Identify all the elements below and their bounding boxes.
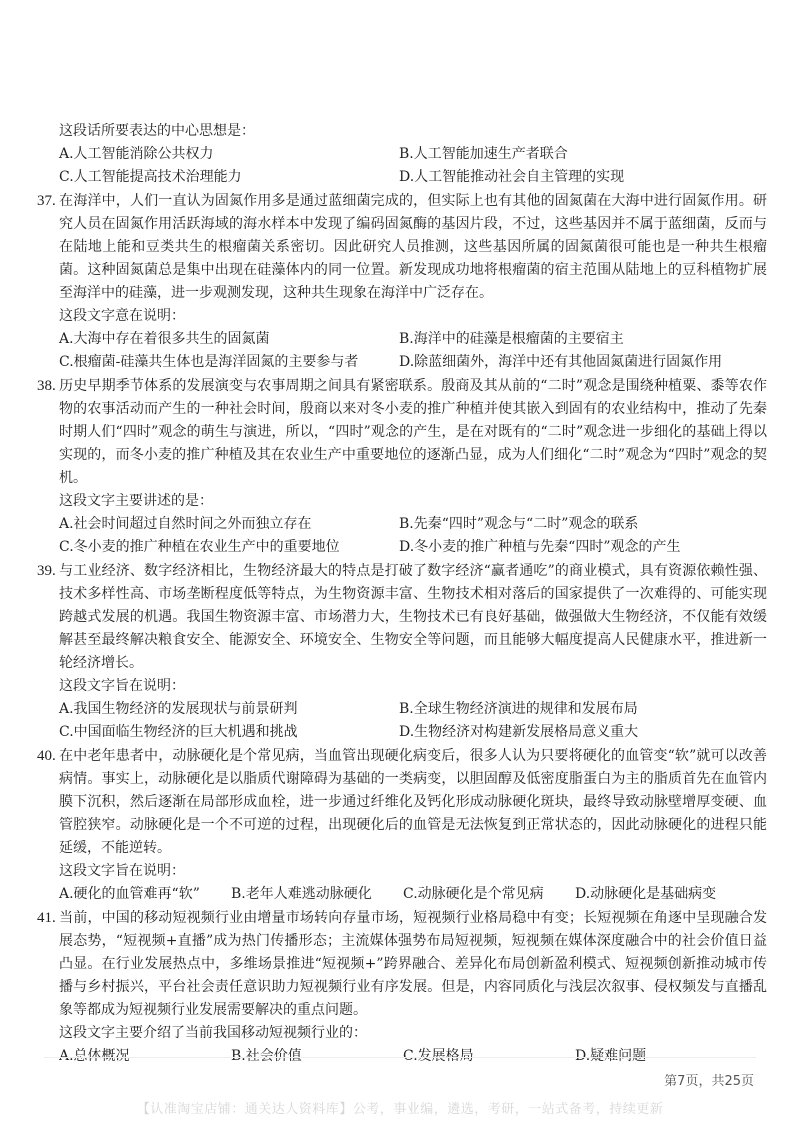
question-number: 40. [37, 745, 59, 768]
question-prompt: 这段文字主要介绍了当前我国移动短视频行业的： [37, 1022, 767, 1045]
options-grid: A.我国生物经济的发展现状与前景研判 B.全球生物经济演进的规律和发展布局 C.… [37, 698, 767, 744]
question-39: 39.与工业经济、数字经济相比，生物经济最大的特点是打破了数字经济“赢者通吃”的… [37, 560, 767, 744]
question-prompt: 这段文字意在说明： [37, 305, 767, 328]
option-d[interactable]: D.冬小麦的推广种植与先秦“四时”观念的产生 [399, 536, 759, 559]
question-text: 当前，中国的移动短视频行业由增量市场转向存量市场，短视频行业格局稳中有变；长短视… [59, 910, 767, 1018]
option-a[interactable]: A.大海中存在着很多共生的固氮菌 [59, 328, 399, 351]
question-37: 37.在海洋中，人们一直认为固氮作用多是通过蓝细菌完成的，但实际上也有其他的固氮… [37, 190, 767, 374]
question-40: 40.在中老年患者中，动脉硬化是个常见病，当血管出现硬化病变后，很多人认为只要将… [37, 745, 767, 906]
option-b[interactable]: B.全球生物经济演进的规律和发展布局 [399, 698, 759, 721]
question-41: 41.当前，中国的移动短视频行业由增量市场转向存量市场，短视频行业格局稳中有变；… [37, 907, 767, 1068]
question-prompt: 这段文字主要讲述的是： [37, 490, 767, 513]
question-text: 在中老年患者中，动脉硬化是个常见病，当血管出现硬化病变后，很多人认为只要将硬化的… [59, 748, 767, 856]
question-number: 41. [37, 907, 59, 930]
question-number: 38. [37, 375, 59, 398]
question-prompt: 这段话所要表达的中心思想是： [37, 120, 767, 143]
option-d[interactable]: D.生物经济对构建新发展格局意义重大 [399, 721, 759, 744]
option-a[interactable]: A.硬化的血管难再“软” [59, 883, 231, 906]
option-d[interactable]: D.人工智能推动社会自主管理的实现 [399, 166, 759, 189]
footer-divider [44, 1057, 756, 1058]
options-row: A.硬化的血管难再“软” B.老年人难逃动脉硬化 C.动脉硬化是个常见病 D.动… [37, 883, 767, 906]
question-text: 在海洋中，人们一直认为固氮作用多是通过蓝细菌完成的，但实际上也有其他的固氮菌在大… [59, 193, 767, 301]
question-38: 38.历史早期季节体系的发展演变与农事周期之间具有紧密联系。殷商及其从前的“二时… [37, 375, 767, 559]
option-a[interactable]: A.社会时间超过自然时间之外而独立存在 [59, 513, 399, 536]
page-content: 这段话所要表达的中心思想是： A.人工智能消除公共权力 B.人工智能加速生产者联… [37, 120, 767, 1068]
question-stem: 40.在中老年患者中，动脉硬化是个常见病，当血管出现硬化病变后，很多人认为只要将… [37, 745, 767, 860]
question-prompt: 这段文字旨在说明： [37, 675, 767, 698]
page-indicator: 第7页，共25页 [664, 1070, 754, 1089]
option-b[interactable]: B.老年人难逃动脉硬化 [231, 883, 403, 906]
question-text: 与工业经济、数字经济相比，生物经济最大的特点是打破了数字经济“赢者通吃”的商业模… [59, 563, 767, 671]
exam-page: 这段话所要表达的中心思想是： A.人工智能消除公共权力 B.人工智能加速生产者联… [0, 0, 800, 1132]
options-grid: A.大海中存在着很多共生的固氮菌 B.海洋中的硅藻是根瘤菌的主要宿主 C.根瘤菌… [37, 328, 767, 374]
option-b[interactable]: B.海洋中的硅藻是根瘤菌的主要宿主 [399, 328, 759, 351]
question-prompt: 这段文字旨在说明： [37, 860, 767, 883]
option-c[interactable]: C.根瘤菌-硅藻共生体也是海洋固氮的主要参与者 [59, 351, 399, 374]
question-text: 历史早期季节体系的发展演变与农事周期之间具有紧密联系。殷商及其从前的“二时”观念… [59, 378, 767, 486]
option-a[interactable]: A.人工智能消除公共权力 [59, 143, 399, 166]
option-d[interactable]: D.除蓝细菌外，海洋中还有其他固氮菌进行固氮作用 [399, 351, 759, 374]
option-d[interactable]: D.动脉硬化是基础病变 [575, 883, 747, 906]
option-c[interactable]: C.动脉硬化是个常见病 [403, 883, 575, 906]
question-number: 39. [37, 560, 59, 583]
option-c[interactable]: C.人工智能提高技术治理能力 [59, 166, 399, 189]
options-grid: A.社会时间超过自然时间之外而独立存在 B.先秦“四时”观念与“二时”观念的联系… [37, 513, 767, 559]
question-stem: 38.历史早期季节体系的发展演变与农事周期之间具有紧密联系。殷商及其从前的“二时… [37, 375, 767, 490]
question-number: 37. [37, 190, 59, 213]
watermark-text: 【认准淘宝店铺：通关达人资料库】公考，事业编，遴选，考研，一站式备考，持续更新 [0, 1098, 800, 1117]
option-c[interactable]: C.冬小麦的推广种植在农业生产中的重要地位 [59, 536, 399, 559]
question-stem: 39.与工业经济、数字经济相比，生物经济最大的特点是打破了数字经济“赢者通吃”的… [37, 560, 767, 675]
question-36-tail: 这段话所要表达的中心思想是： A.人工智能消除公共权力 B.人工智能加速生产者联… [37, 120, 767, 189]
option-a[interactable]: A.我国生物经济的发展现状与前景研判 [59, 698, 399, 721]
question-stem: 37.在海洋中，人们一直认为固氮作用多是通过蓝细菌完成的，但实际上也有其他的固氮… [37, 190, 767, 305]
question-stem: 41.当前，中国的移动短视频行业由增量市场转向存量市场，短视频行业格局稳中有变；… [37, 907, 767, 1022]
option-c[interactable]: C.中国面临生物经济的巨大机遇和挑战 [59, 721, 399, 744]
option-b[interactable]: B.先秦“四时”观念与“二时”观念的联系 [399, 513, 759, 536]
option-b[interactable]: B.人工智能加速生产者联合 [399, 143, 759, 166]
options-grid: A.人工智能消除公共权力 B.人工智能加速生产者联合 C.人工智能提高技术治理能… [37, 143, 767, 189]
